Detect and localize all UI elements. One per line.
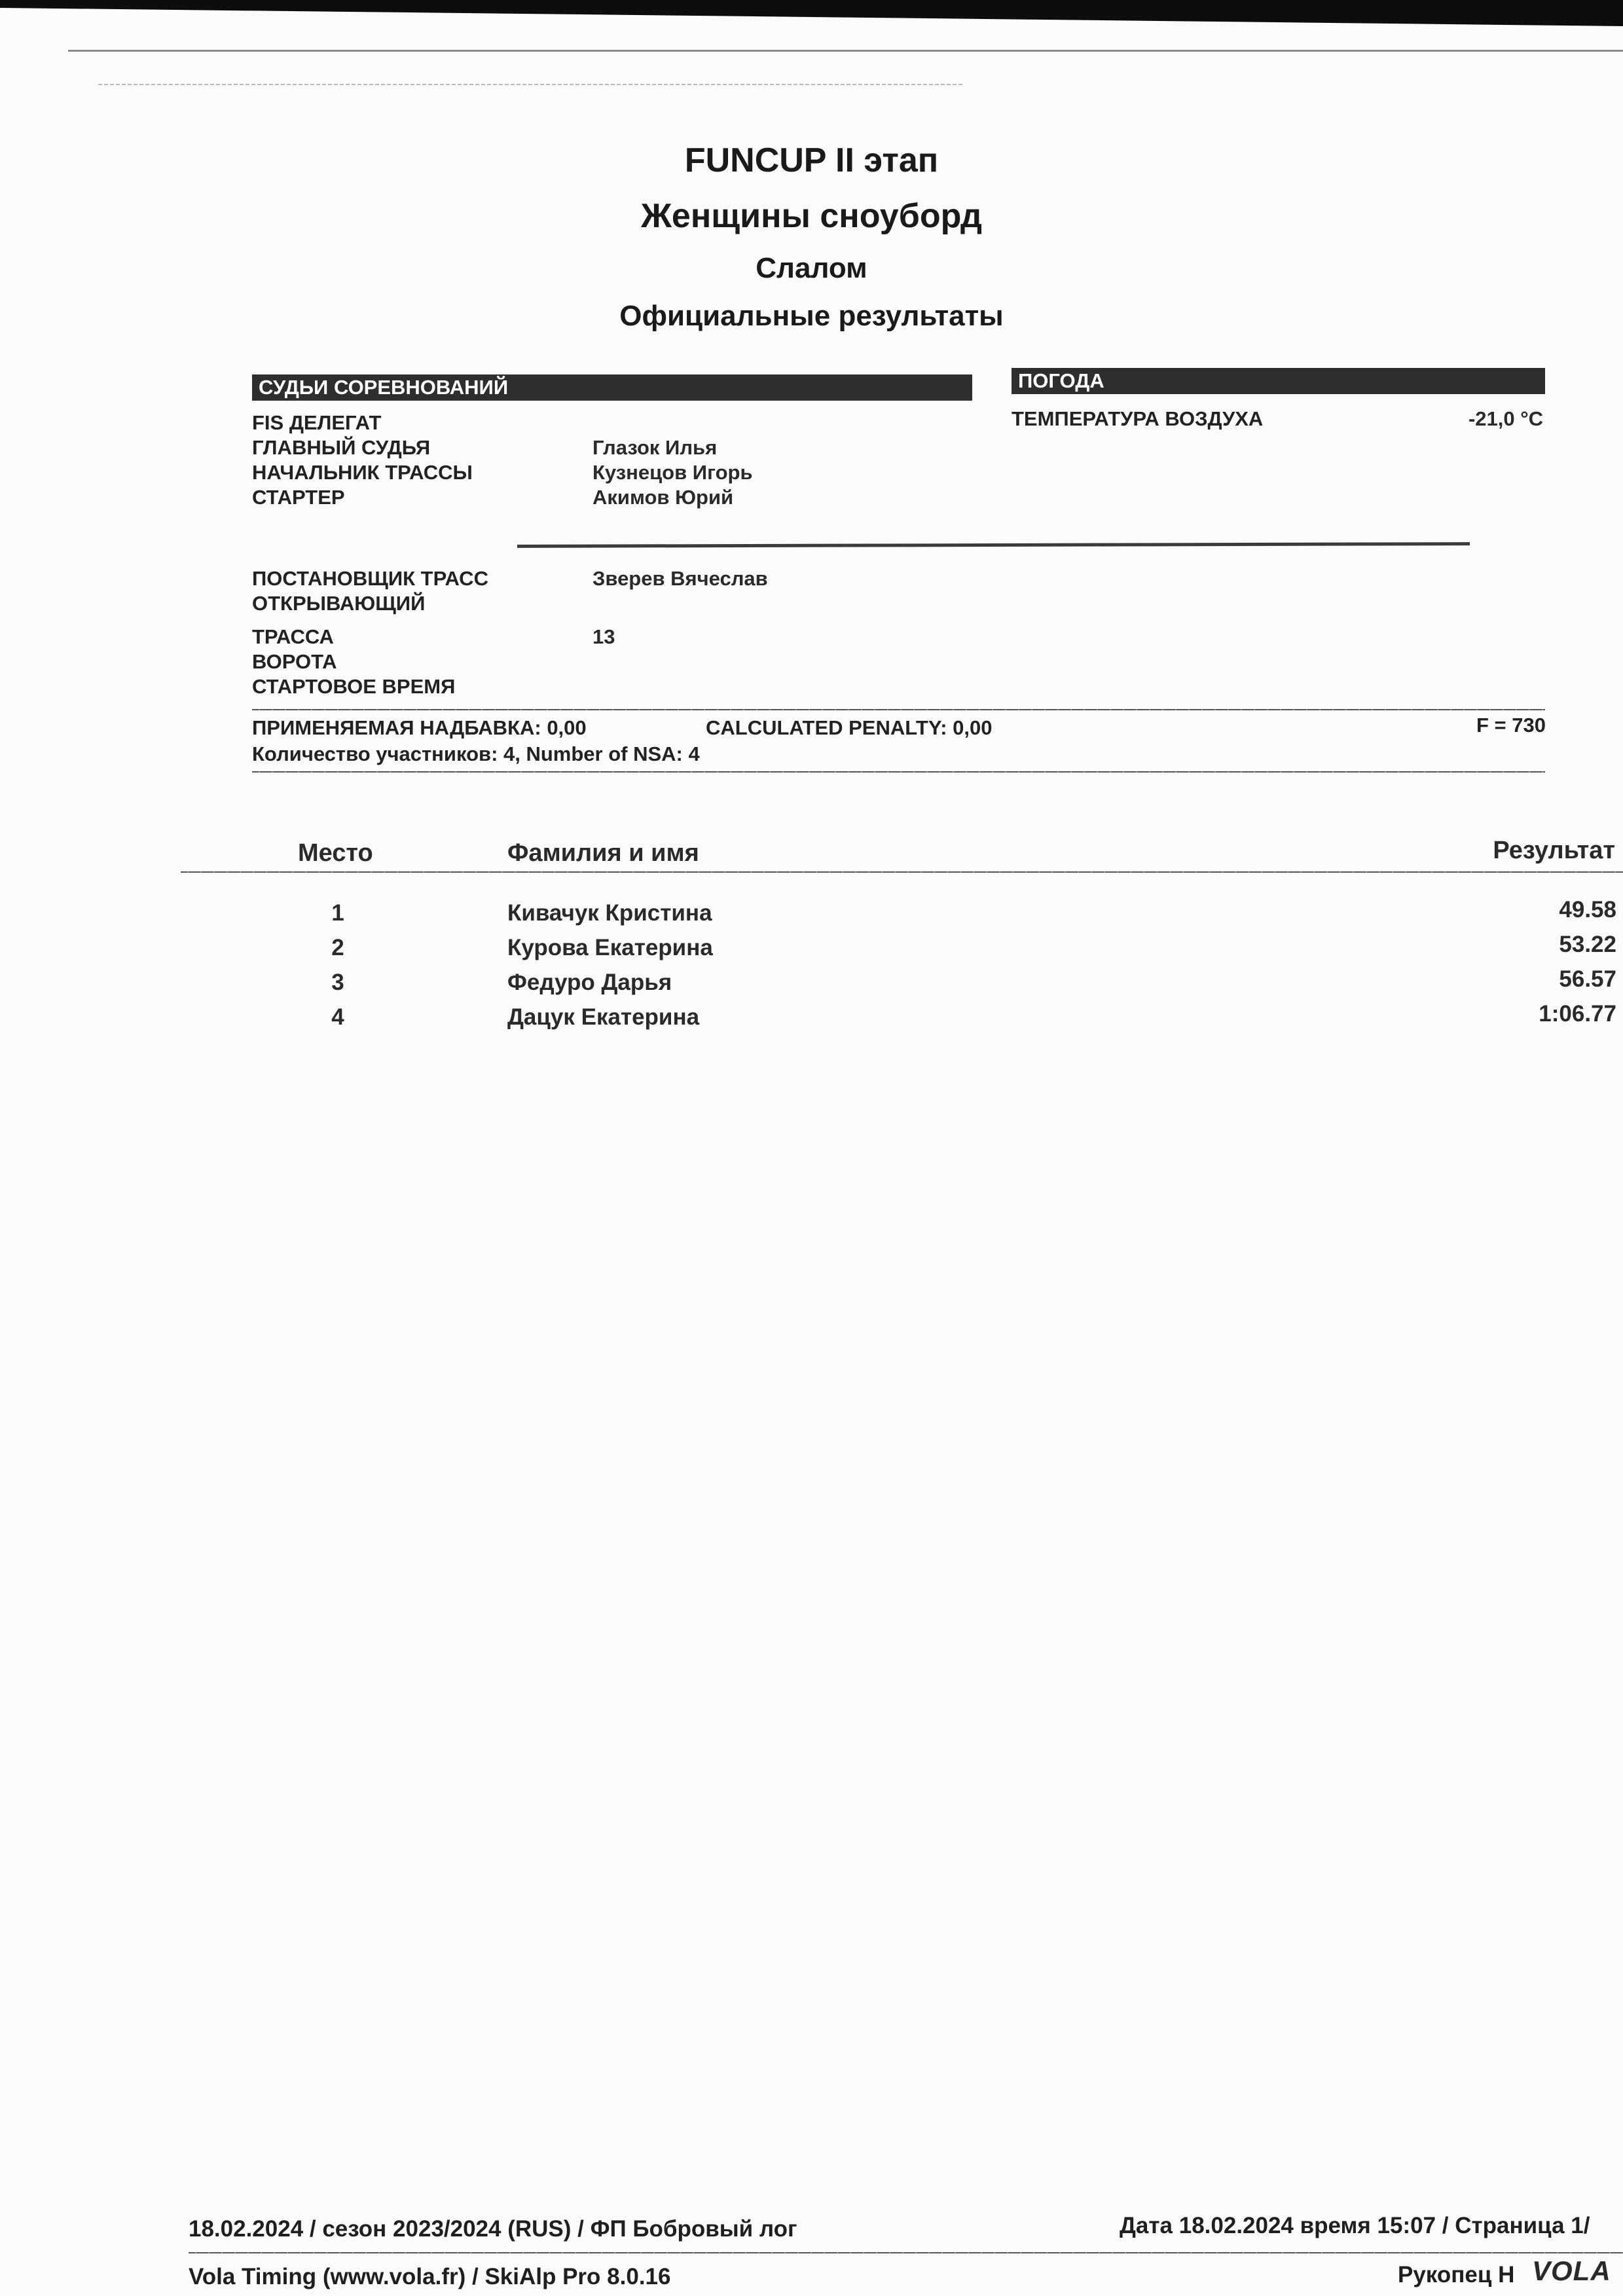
document-type-title: Официальные результаты xyxy=(0,300,1623,333)
judge-label-fis-delegate: FIS ДЕЛЕГАТ xyxy=(252,411,381,435)
footer-rule xyxy=(189,2252,1623,2253)
footer-date-season-venue: 18.02.2024 / сезон 2023/2024 (RUS) / ФП … xyxy=(189,2216,797,2242)
course-setter-label: ПОСТАНОВЩИК ТРАСС xyxy=(252,567,488,591)
row-result: 53.22 xyxy=(1559,932,1616,958)
applied-penalty: ПРИМЕНЯЕМАЯ НАДБАВКА: 0,00 xyxy=(252,716,587,740)
row-athlete-name: Курова Екатерина xyxy=(507,935,713,961)
judges-section-header: СУДЬИ СОРЕВНОВАНИЙ xyxy=(252,374,972,401)
f-factor: F = 730 xyxy=(1476,714,1546,737)
participants-count: Количество участников: 4, Number of NSA:… xyxy=(252,742,700,766)
judge-value-chief-judge: Глазок Илья xyxy=(593,436,717,460)
penalty-bottom-rule xyxy=(252,771,1545,773)
gates-label: ВОРОТА xyxy=(252,650,337,674)
judge-value-starter: Акимов Юрий xyxy=(593,486,733,509)
row-place: 1 xyxy=(318,900,357,926)
footer-operator: Рукопец Н xyxy=(1398,2262,1514,2288)
row-result: 49.58 xyxy=(1559,897,1616,923)
row-place: 4 xyxy=(318,1004,357,1030)
penalty-top-rule xyxy=(252,709,1545,710)
row-place: 2 xyxy=(318,935,357,961)
air-temperature-value: -21,0 °C xyxy=(1468,407,1543,431)
judge-value-course-chief: Кузнецов Игорь xyxy=(593,461,753,484)
weather-section-header: ПОГОДА xyxy=(1012,368,1545,394)
forerunner-label: ОТКРЫВАЮЩИЙ xyxy=(252,592,425,615)
row-result: 1:06.77 xyxy=(1539,1001,1616,1027)
footer-software: Vola Timing (www.vola.fr) / SkiAlp Pro 8… xyxy=(189,2264,670,2290)
judge-label-course-chief: НАЧАЛЬНИК ТРАССЫ xyxy=(252,461,473,484)
results-header-rule xyxy=(181,871,1623,873)
course-setter-value: Зверев Вячеслав xyxy=(593,567,768,591)
air-temperature-label: ТЕМПЕРАТУРА ВОЗДУХА xyxy=(1012,407,1263,431)
course-value: 13 xyxy=(593,625,615,649)
document-page xyxy=(0,7,1623,2296)
page-top-border xyxy=(68,50,1623,52)
discipline-title: Слалом xyxy=(0,252,1623,285)
course-label: ТРАССА xyxy=(252,625,334,649)
start-time-label: СТАРТОВОЕ ВРЕМЯ xyxy=(252,675,455,699)
row-athlete-name: Дацук Екатерина xyxy=(507,1004,699,1030)
vola-logo-icon: VOLA xyxy=(1532,2255,1611,2287)
judge-label-chief-judge: ГЛАВНЫЙ СУДЬЯ xyxy=(252,436,430,460)
row-result: 56.57 xyxy=(1559,966,1616,993)
row-place: 3 xyxy=(318,970,357,996)
column-header-place: Место xyxy=(298,839,373,867)
footer-print-date-page: Дата 18.02.2024 время 15:07 / Страница 1… xyxy=(1120,2213,1590,2239)
column-header-result: Результат xyxy=(1493,837,1615,865)
row-athlete-name: Федуро Дарья xyxy=(507,970,672,996)
row-athlete-name: Кивачук Кристина xyxy=(507,900,712,926)
faint-header-rule xyxy=(98,84,962,85)
calculated-penalty: CALCULATED PENALTY: 0,00 xyxy=(706,716,992,740)
category-title: Женщины сноуборд xyxy=(0,196,1623,236)
judge-label-starter: СТАРТЕР xyxy=(252,486,345,509)
event-title: FUNCUP II этап xyxy=(0,141,1623,180)
column-header-name: Фамилия и имя xyxy=(507,839,699,867)
